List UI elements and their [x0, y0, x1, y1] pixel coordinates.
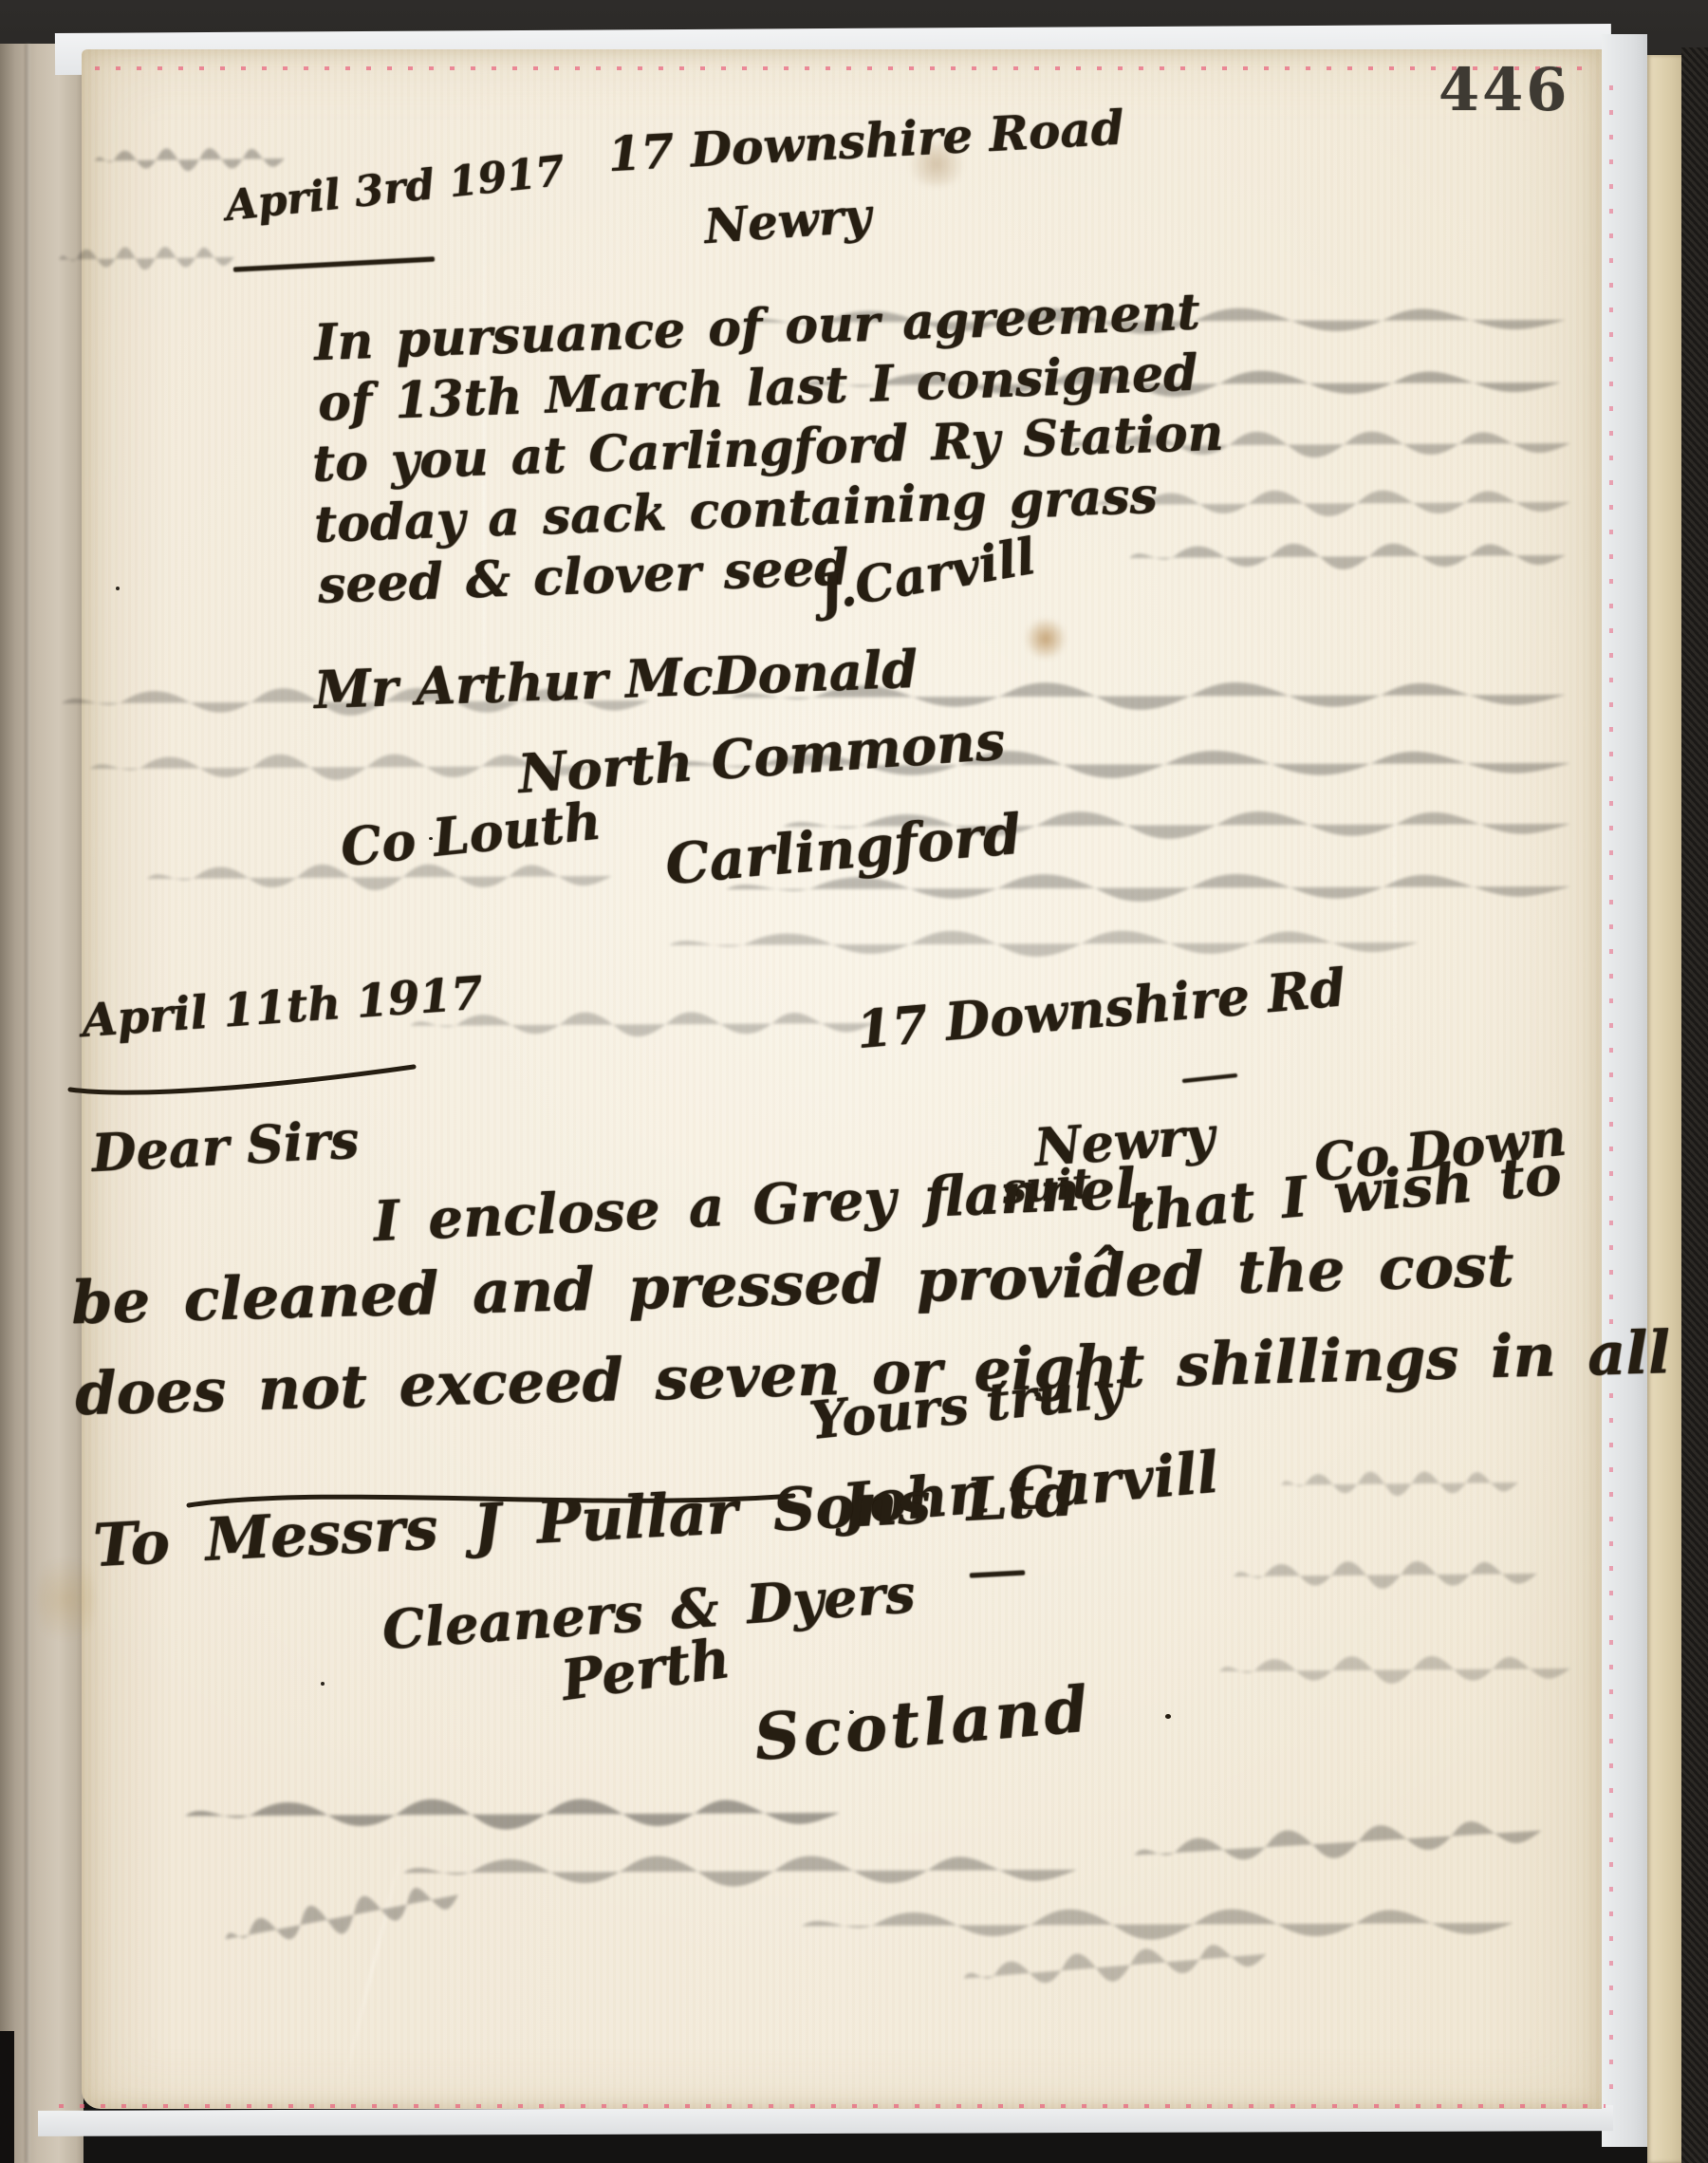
bleed-through-ghost-line — [95, 144, 285, 173]
scan-background-sliver — [0, 2031, 14, 2163]
ink-speck — [116, 587, 120, 590]
letter1-address-line2: Newry — [703, 192, 873, 251]
bleed-through-ghost-line — [1129, 539, 1566, 571]
letter2-date-underline-flourish — [66, 1061, 418, 1101]
book-page-edges-left — [0, 44, 84, 2163]
ruled-margin-dots-top — [95, 66, 1594, 70]
letter2-salutation: Dear Sirs — [90, 1113, 360, 1179]
bleed-through-ghost-line — [1234, 1557, 1537, 1591]
underlying-page-edge-bottom — [38, 2105, 1613, 2136]
ink-speck — [321, 1682, 325, 1686]
ruled-margin-dots-bottom — [59, 2104, 1606, 2108]
ink-spatter — [1049, 1720, 1053, 1724]
bleed-through-ghost-line — [1219, 1651, 1570, 1686]
ink-spatter — [1027, 1710, 1031, 1714]
ink-spatter — [1002, 1718, 1008, 1723]
bleed-through-ghost-line — [802, 1904, 1513, 1942]
ruled-margin-dots-right — [1609, 85, 1613, 2098]
paper-stain — [38, 1547, 95, 1651]
page-number: 446 — [1439, 55, 1569, 124]
ink-stain — [1023, 619, 1068, 659]
bleed-through-ghost-line — [669, 926, 1419, 959]
bleed-through-ghost-line — [403, 1851, 1077, 1889]
bleed-through-ghost-line — [1096, 486, 1570, 518]
bleed-through-ghost-line — [185, 1794, 840, 1832]
bleed-through-ghost-line — [59, 243, 234, 271]
scanned-letter-book-page: 446 17 Downshire Road Newry April 3rd 19… — [0, 0, 1708, 2163]
book-cover-cloth — [1681, 47, 1708, 2163]
bleed-through-ghost-line — [1281, 1467, 1518, 1498]
ink-spatter — [1165, 1714, 1171, 1719]
ink-spatter — [979, 1727, 984, 1731]
